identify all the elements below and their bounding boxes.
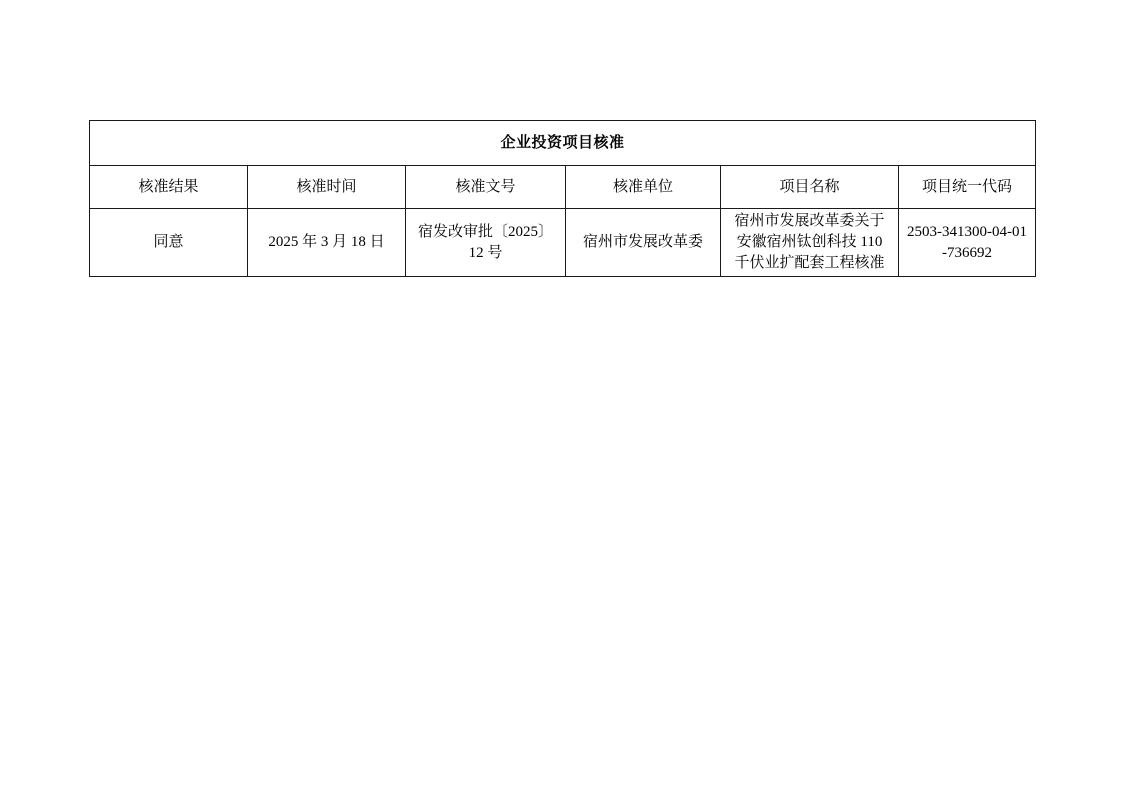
cell-project-name: 宿州市发展改革委关于安徽宿州钛创科技 110 千伏业扩配套工程核准 [721,209,899,277]
header-approval-time: 核准时间 [248,166,406,209]
header-approval-doc-no: 核准文号 [406,166,566,209]
header-project-name: 项目名称 [721,166,899,209]
cell-approval-time: 2025 年 3 月 18 日 [248,209,406,277]
cell-approval-result: 同意 [90,209,248,277]
data-row: 同意 2025 年 3 月 18 日 宿发改审批〔2025〕12 号 宿州市发展… [90,209,1036,277]
title-row: 企业投资项目核准 [90,121,1036,166]
header-approval-unit: 核准单位 [566,166,721,209]
document-page: 企业投资项目核准 核准结果 核准时间 核准文号 核准单位 项目名称 项目统一代码… [0,0,1122,793]
header-project-code: 项目统一代码 [899,166,1036,209]
cell-project-code: 2503-341300-04-01-736692 [899,209,1036,277]
approval-table: 企业投资项目核准 核准结果 核准时间 核准文号 核准单位 项目名称 项目统一代码… [89,120,1036,277]
cell-approval-doc-no: 宿发改审批〔2025〕12 号 [406,209,566,277]
cell-approval-unit: 宿州市发展改革委 [566,209,721,277]
header-approval-result: 核准结果 [90,166,248,209]
table-title: 企业投资项目核准 [90,121,1036,166]
header-row: 核准结果 核准时间 核准文号 核准单位 项目名称 项目统一代码 [90,166,1036,209]
